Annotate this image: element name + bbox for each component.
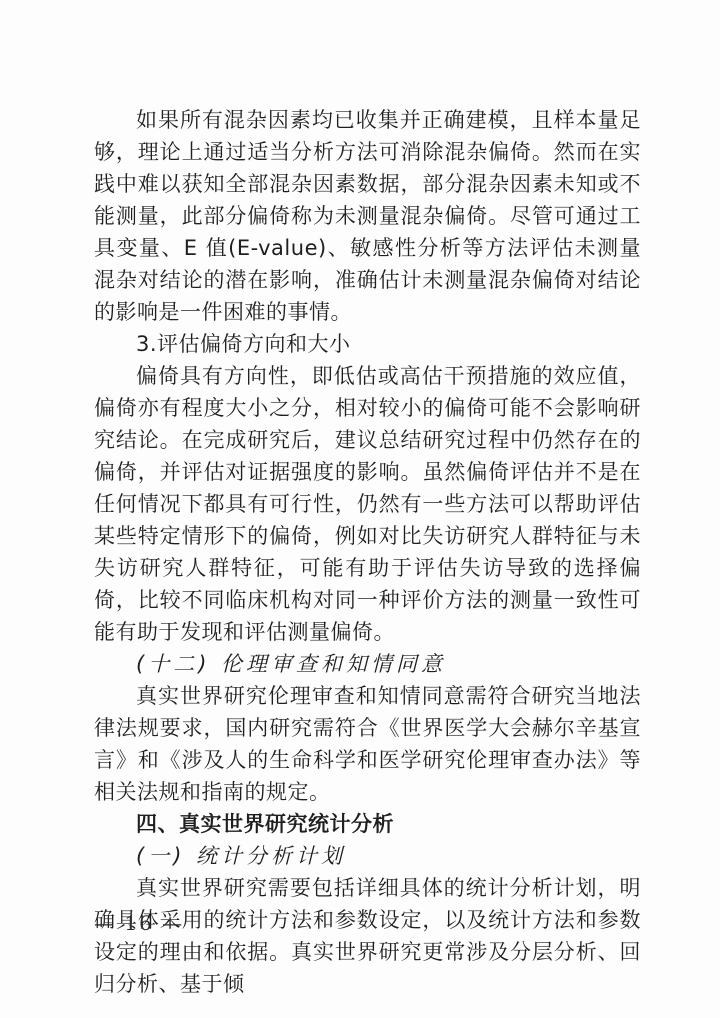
heading-statistical-analysis: 四、真实世界研究统计分析 [94,808,641,840]
paragraph-unmeasured-confounding: 如果所有混杂因素均已收集并正确建模，且样本量足够，理论上通过适当分析方法可消除混… [94,104,641,328]
heading-assess-bias-direction: 3.评估偏倚方向和大小 [94,328,641,360]
page-number: — 16 — [94,911,184,935]
document-body: 如果所有混杂因素均已收集并正确建模，且样本量足够，理论上通过适当分析方法可消除混… [94,104,641,1000]
page-footer: — 16 — [94,908,184,938]
paragraph-ethics-review: 真实世界研究伦理审查和知情同意需符合研究当地法律法规要求，国内研究需符合《世界医… [94,680,641,808]
paragraph-bias-direction: 偏倚具有方向性，即低估或高估干预措施的效应值，偏倚亦有程度大小之分，相对较小的偏… [94,360,641,648]
heading-analysis-plan: (一) 统计分析计划 [94,840,641,872]
heading-ethics-review: (十二) 伦理审查和知情同意 [94,648,641,680]
document-page: 如果所有混杂因素均已收集并正确建模，且样本量足够，理论上通过适当分析方法可消除混… [0,0,720,1018]
